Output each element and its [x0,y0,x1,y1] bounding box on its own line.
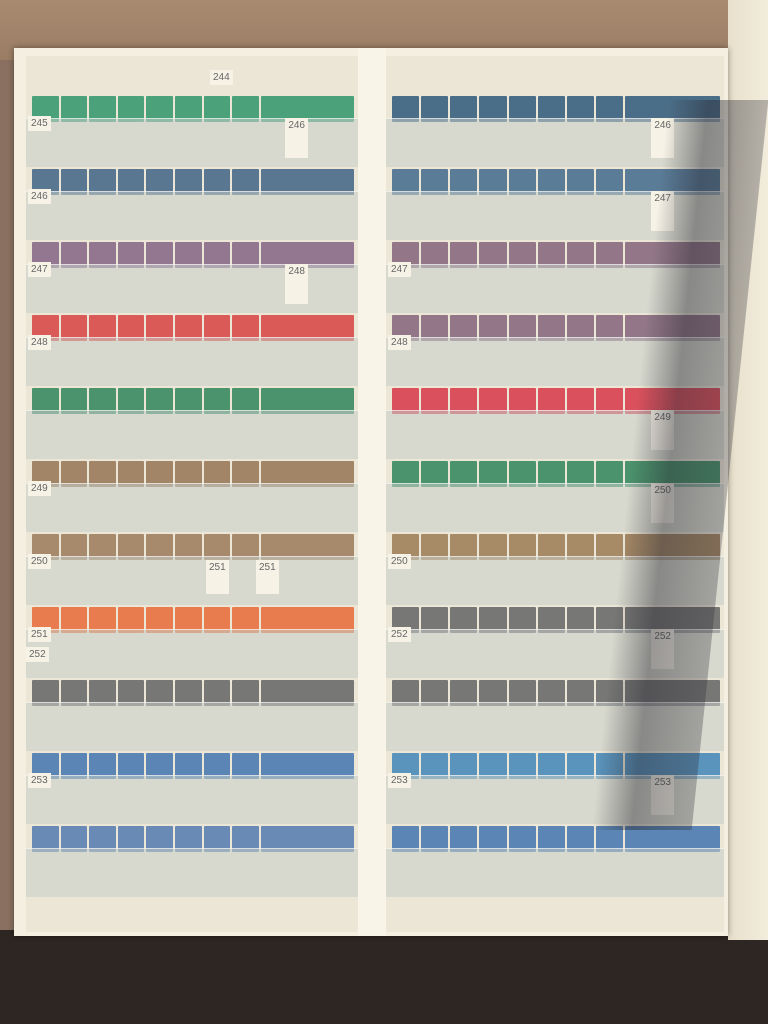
stock-strip: 249 [26,461,358,533]
top-label: 244 [210,70,233,85]
album-spine [358,48,386,936]
catalog-number-label: 253 [388,773,411,788]
catalog-number-label: 250 [28,554,51,569]
catalog-number-label: 249 [28,481,51,496]
stock-strip [26,826,358,898]
catalog-number-label: 251 [28,627,51,642]
catalog-number-label: 248 [28,335,51,350]
stock-strip: 247248 [26,242,358,314]
catalog-number-label: 246 [285,118,308,158]
stock-strip: 246 [26,169,358,241]
left-page: 245246246247248248249250251251251252253 [26,56,358,932]
glassine-pocket [26,118,358,167]
stock-strip: 253 [26,753,358,825]
catalog-number-label: 251 [206,560,229,594]
catalog-number-label: 251 [256,560,279,594]
catalog-number-label: 247 [28,262,51,277]
dark-surface [0,930,768,1024]
stock-strip [386,826,724,898]
catalog-number-label: 248 [285,264,308,304]
glassine-pocket [26,702,358,751]
catalog-number-label: 250 [388,554,411,569]
glassine-pocket [386,848,724,897]
stock-strip: 245246 [26,96,358,168]
stock-strip: 250251251 [26,534,358,606]
stock-strip: 251252 [26,607,358,679]
stock-strip: 248 [26,315,358,387]
catalog-number-label: 248 [388,335,411,350]
glassine-pocket [26,848,358,897]
catalog-number-label: 252 [388,627,411,642]
catalog-number-label: 247 [388,262,411,277]
glassine-pocket [26,483,358,532]
glassine-pocket [26,556,358,605]
catalog-number-label: 245 [28,116,51,131]
glassine-pocket [26,337,358,386]
catalog-number-label: 252 [26,647,49,662]
glassine-pocket [26,629,358,678]
glassine-pocket [26,191,358,240]
stock-strip [26,680,358,752]
glassine-pocket [26,410,358,459]
glassine-pocket [26,264,358,313]
stock-strip [26,388,358,460]
catalog-number-label: 253 [28,773,51,788]
catalog-number-label: 246 [28,189,51,204]
glassine-pocket [26,775,358,824]
